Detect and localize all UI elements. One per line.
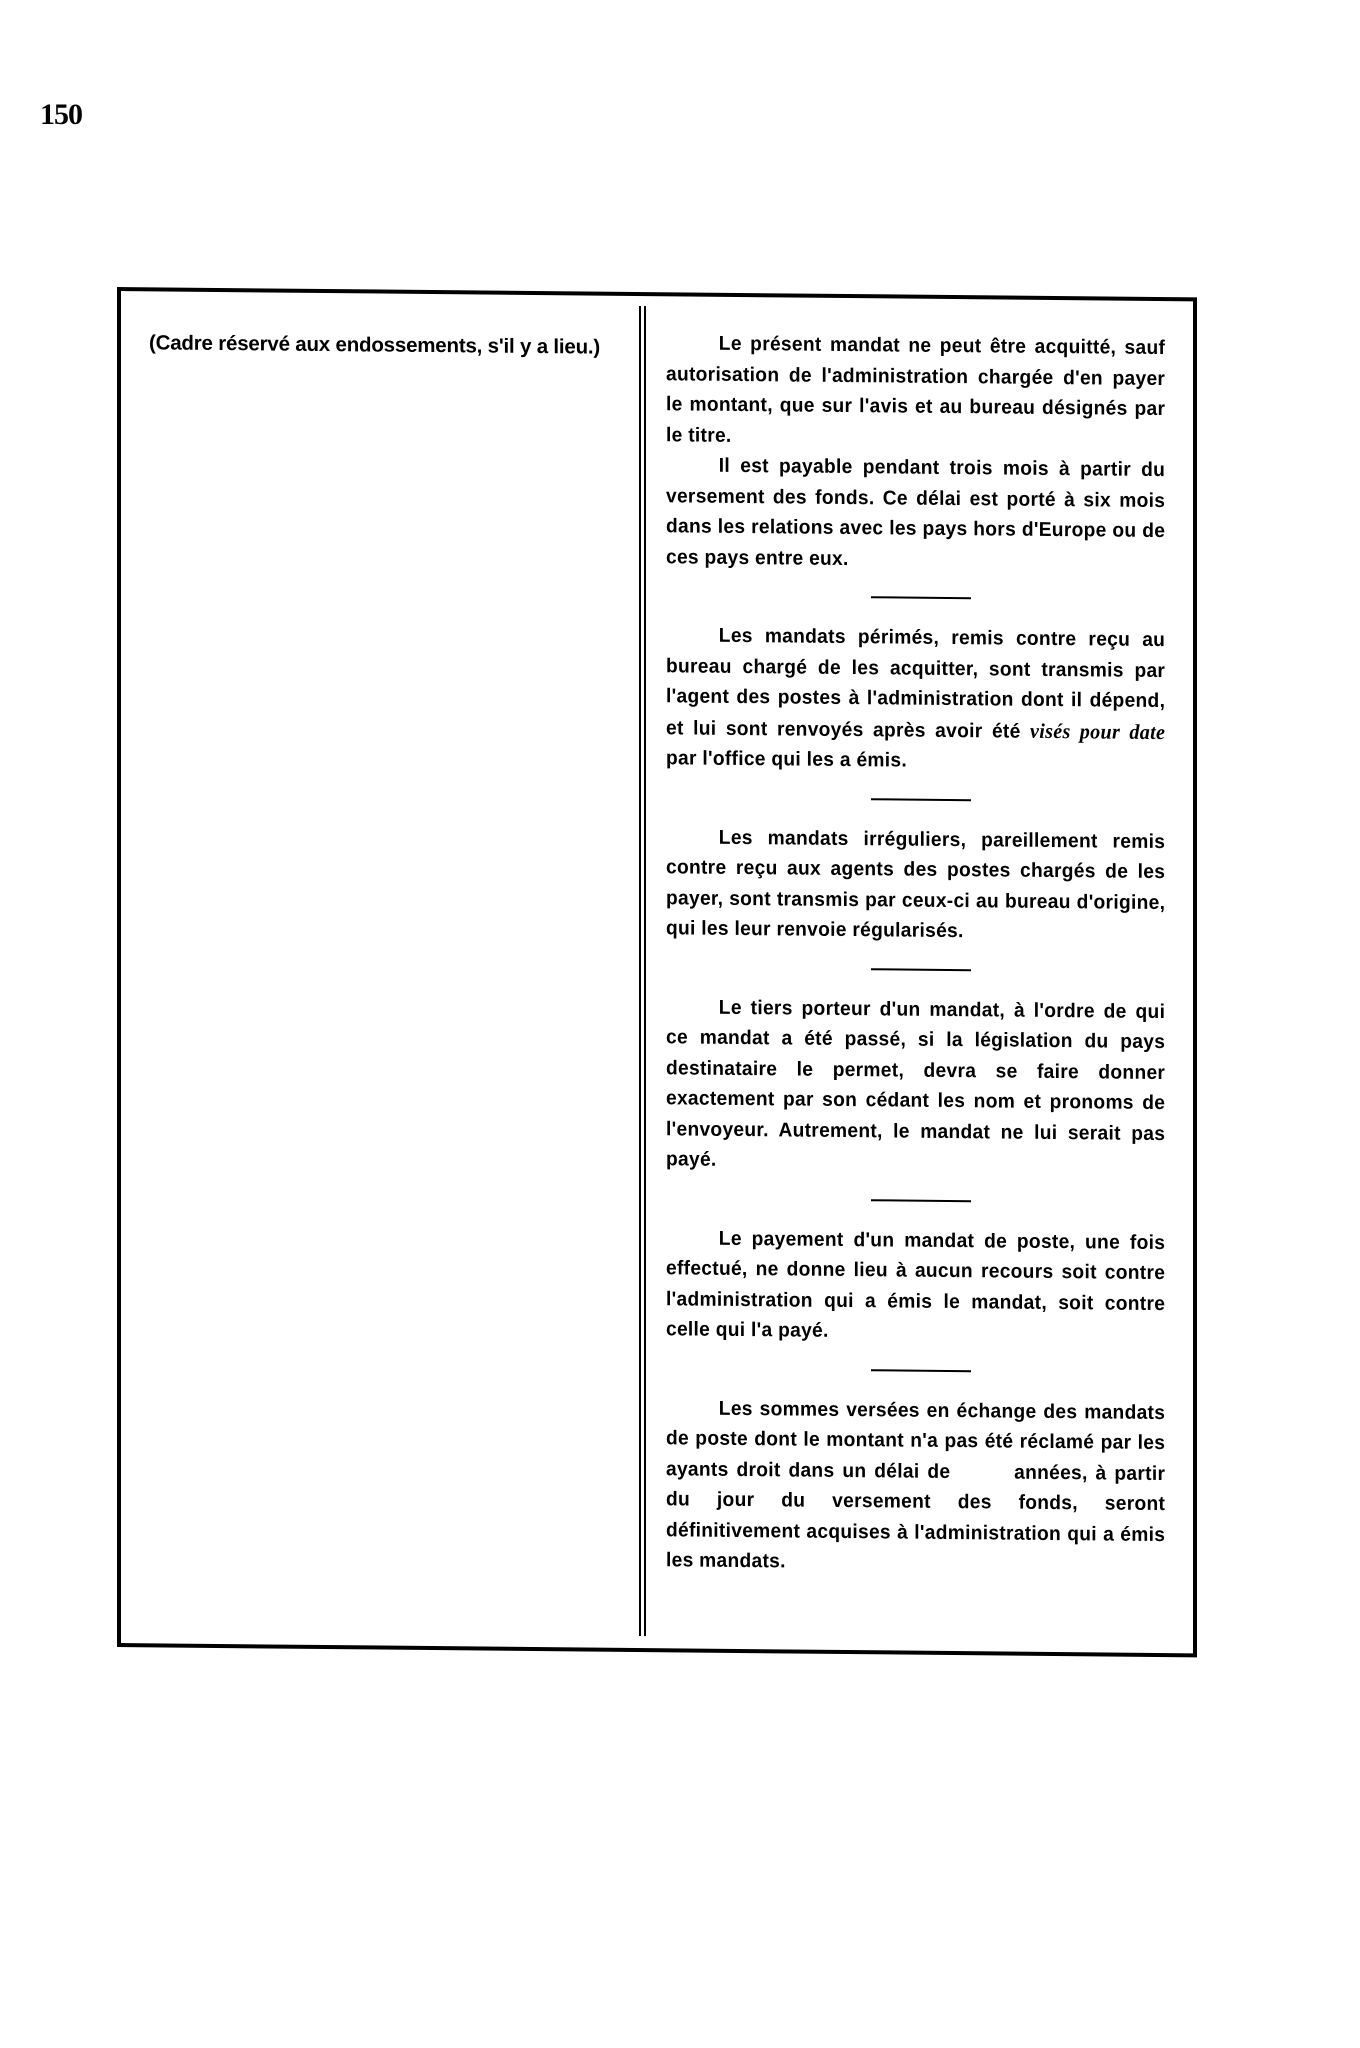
section-rule (871, 968, 971, 971)
condition-paragraph: Les mandats périmés, remis contre reçu a… (666, 620, 1165, 778)
section-rule (871, 596, 971, 599)
page-number: 150 (40, 98, 82, 132)
endorsement-form-frame: (Cadre réservé aux endossements, s'il y … (117, 287, 1197, 1657)
paragraph-text: Les mandats irréguliers, pareillement re… (666, 826, 1165, 942)
emphasis-text: visés pour date (1030, 718, 1165, 743)
endorsement-caption: (Cadre réservé aux endossements, s'il y … (149, 331, 600, 359)
endorsement-box: (Cadre réservé aux endossements, s'il y … (121, 291, 641, 1648)
paragraph-text: Le présent mandat ne peut être acquitté,… (666, 333, 1165, 447)
condition-paragraph: Les sommes versées en échange des mandat… (666, 1393, 1165, 1581)
paragraph-text: par l'office qui les a émis. (666, 747, 907, 771)
conditions-column: Le présent mandat ne peut être acquitté,… (666, 328, 1166, 1580)
column-divider (639, 306, 646, 1636)
section-rule (871, 1199, 971, 1202)
paragraph-text: Le tiers porteur d'un mandat, à l'ordre … (666, 996, 1165, 1170)
section-rule (871, 798, 971, 801)
condition-paragraph: Le payement d'un mandat de poste, une fo… (666, 1223, 1165, 1350)
condition-paragraph: Les mandats irréguliers, pareillement re… (666, 822, 1165, 949)
condition-paragraph: Le présent mandat ne peut être acquitté,… (666, 328, 1165, 455)
condition-paragraph: Il est payable pendant trois mois à part… (666, 450, 1165, 577)
paragraph-text: Il est payable pendant trois mois à part… (666, 455, 1165, 570)
paragraph-text: Le payement d'un mandat de poste, une fo… (666, 1227, 1165, 1342)
condition-paragraph: Le tiers porteur d'un mandat, à l'ordre … (666, 992, 1165, 1180)
section-rule (871, 1369, 971, 1372)
